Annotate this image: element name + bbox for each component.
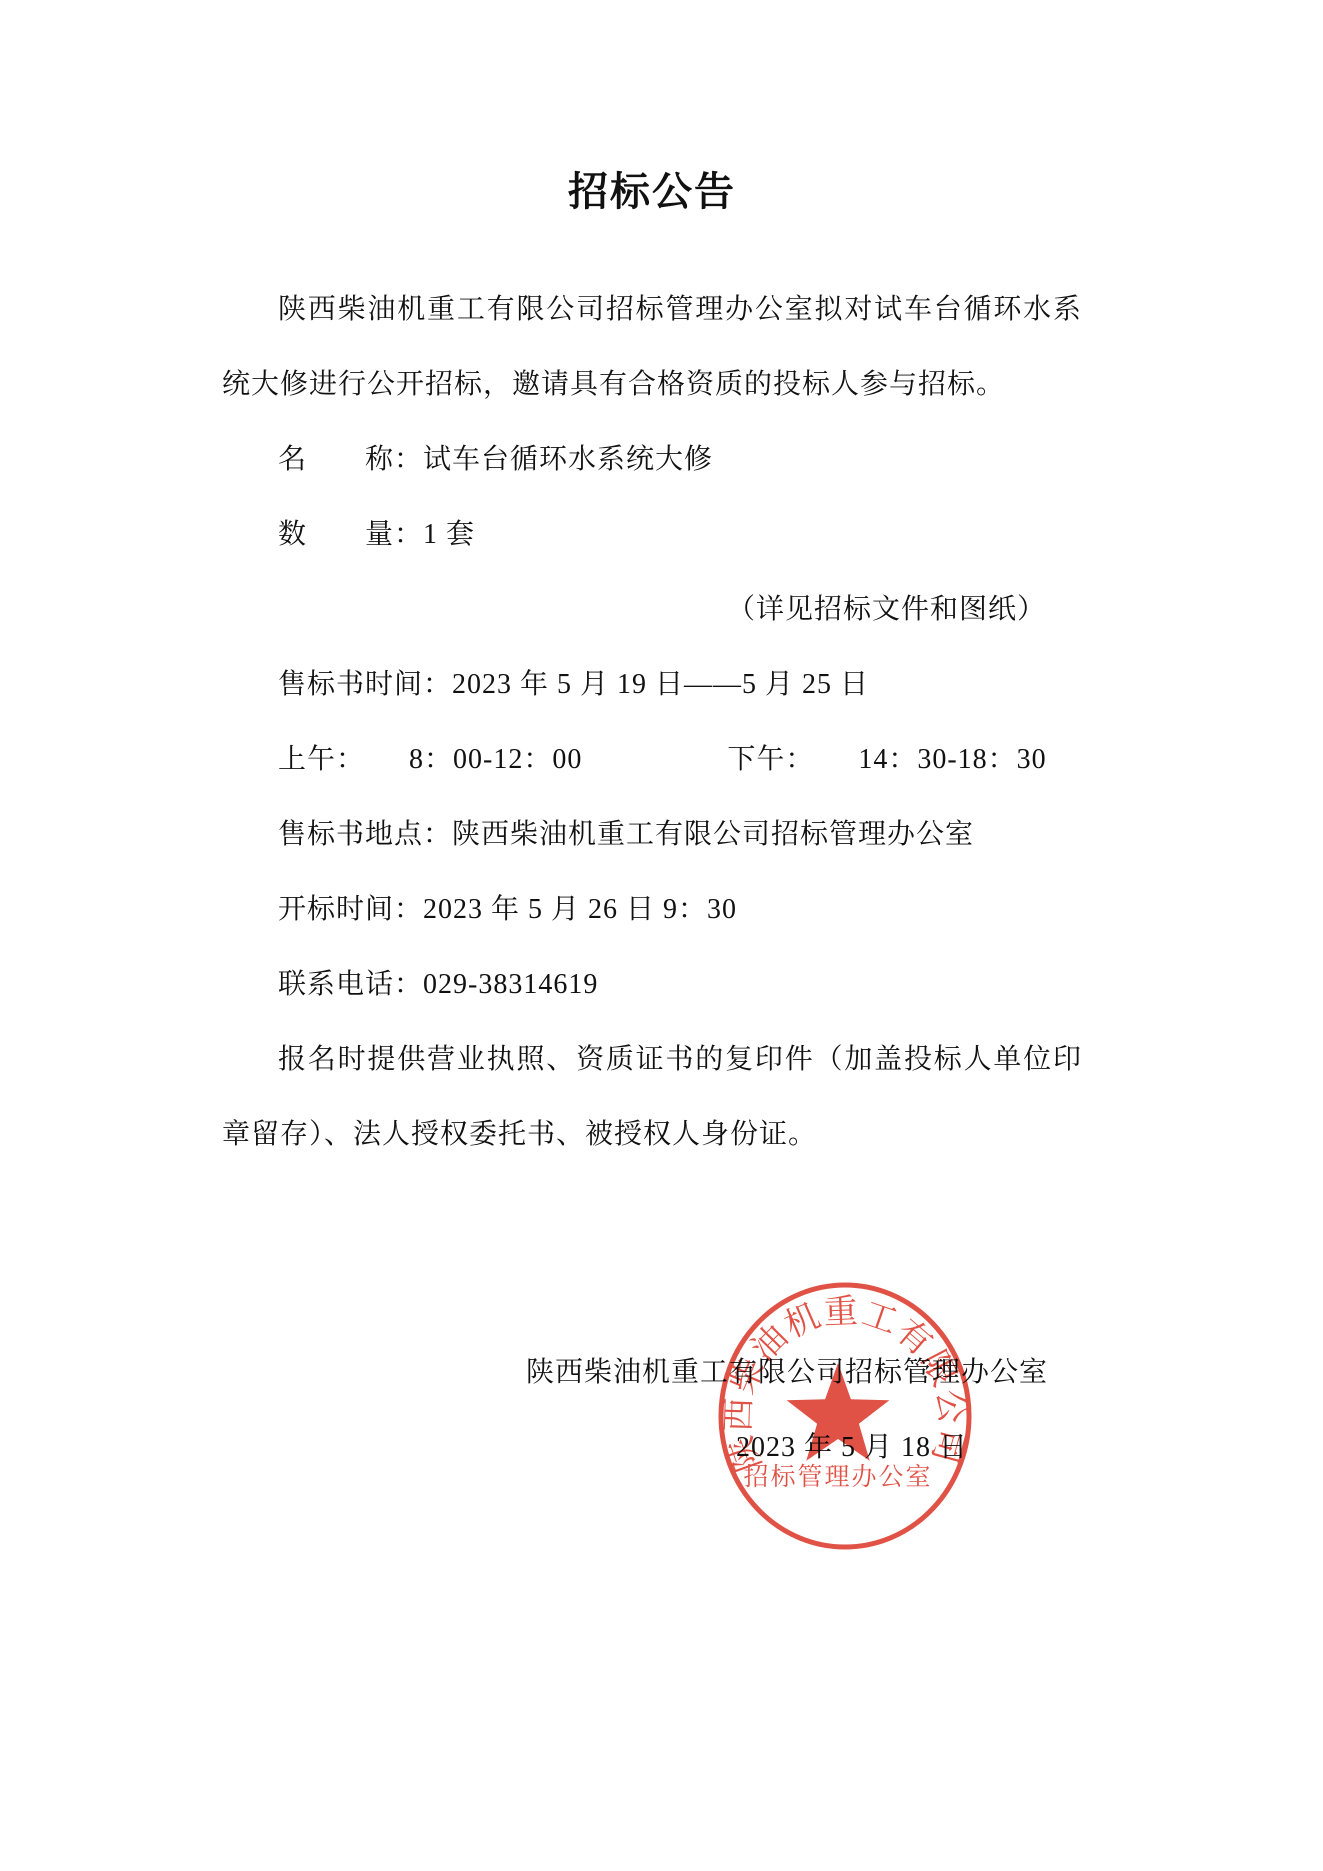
bid-sale-time-line: 售标书时间：2023 年 5 月 19 日——5 月 25 日 <box>222 647 1082 722</box>
item-quantity-line: 数 量：1 套 <box>222 497 1082 572</box>
bid-sale-place-line: 售标书地点：陕西柴油机重工有限公司招标管理办公室 <box>222 797 1082 872</box>
intro-paragraph: 陕西柴油机重工有限公司招标管理办公室拟对试车台循环水系统大修进行公开招标，邀请具… <box>222 272 1082 422</box>
seal-star-icon <box>787 1363 890 1461</box>
bid-opening-time-line: 开标时间：2023 年 5 月 26 日 9：30 <box>222 872 1082 947</box>
item-name-line: 名 称：试车台循环水系统大修 <box>222 422 1082 497</box>
office-hours-line: 上午： 8：00-12：00 下午： 14：30-18：30 <box>222 722 1082 797</box>
see-docs-note: （详见招标文件和图纸） <box>222 572 1082 647</box>
requirements-paragraph: 报名时提供营业执照、资质证书的复印件（加盖投标人单位印章留存）、法人授权委托书、… <box>222 1022 1082 1172</box>
document-page: 招标公告 陕西柴油机重工有限公司招标管理办公室拟对试车台循环水系统大修进行公开招… <box>0 0 1323 1871</box>
contact-phone-line: 联系电话：029-38314619 <box>222 947 1082 1022</box>
official-seal: 陕西柴油机重工有限公司 招标管理办公室 <box>710 1277 980 1555</box>
seal-bottom-text: 招标管理办公室 <box>743 1463 932 1491</box>
page-title: 招标公告 <box>222 170 1082 214</box>
document-body: 招标公告 陕西柴油机重工有限公司招标管理办公室拟对试车台循环水系统大修进行公开招… <box>222 0 1082 1485</box>
